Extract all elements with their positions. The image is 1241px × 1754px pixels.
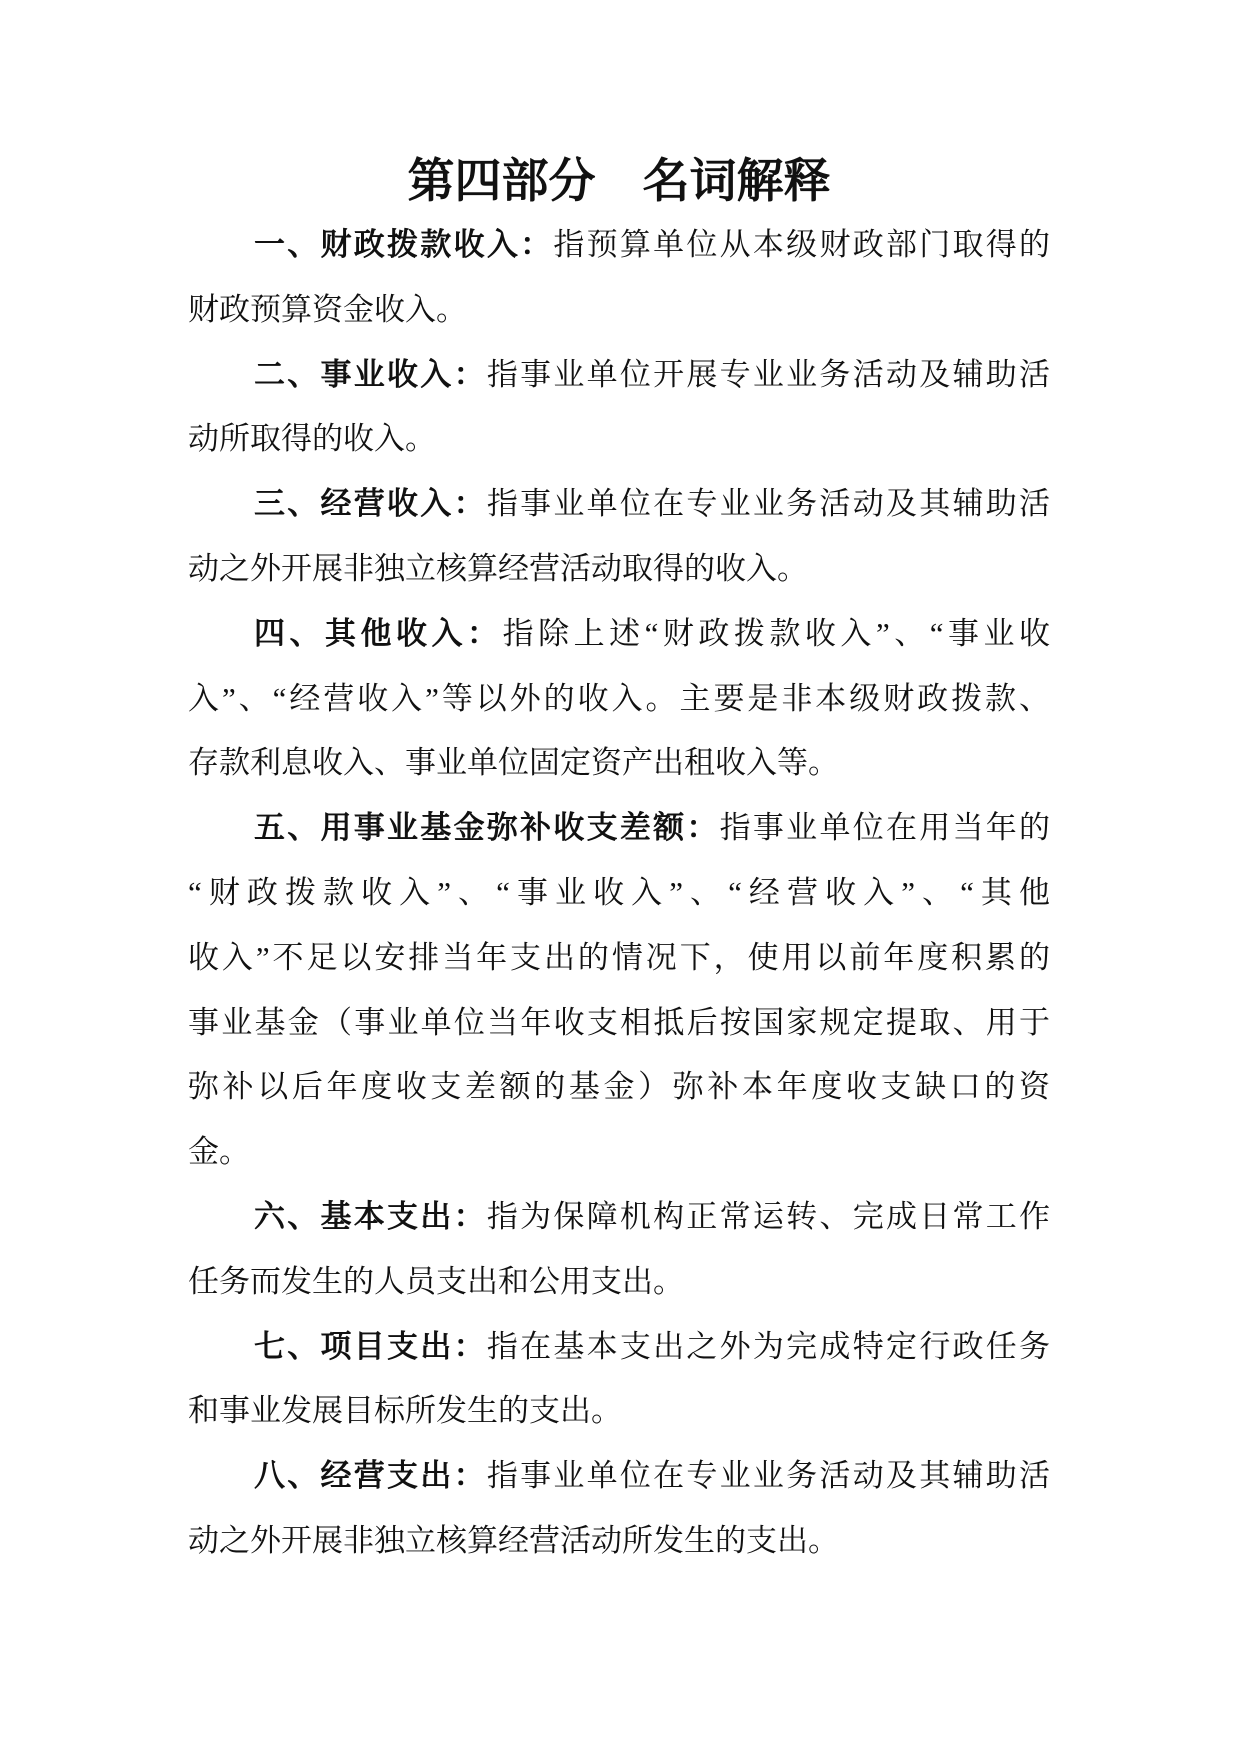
glossary-entry-2: 二、事业收入：指事业单位开展专业业务活动及辅助活动所取得的收入。 (188, 343, 1050, 473)
definition-text: 财政预算资金收入。 (188, 292, 467, 327)
glossary-entry-6: 六、基本支出：指为保障机构正常运转、完成日常工作任务而发生的人员支出和公用支出。 (188, 1185, 1050, 1315)
definition-text: 事业基金（事业单位当年收支相抵后按国家规定提取、用于 (188, 1005, 1050, 1040)
definition-text: 指在基本支出之外为完成特定行政任务 (487, 1329, 1050, 1364)
definition-text: “财政拨款收入”、“事业收入”、“经营收入”、“其他 (188, 875, 1050, 910)
glossary-entry-1: 一、财政拨款收入：指预算单位从本级财政部门取得的财政预算资金收入。 (188, 213, 1050, 343)
text-line: 存款利息收入、事业单位固定资产出租收入等。 (188, 731, 1050, 796)
definition-text: 收入”不足以安排当年支出的情况下，使用以前年度积累的 (188, 940, 1050, 975)
definition-text: 任务而发生的人员支出和公用支出。 (188, 1264, 684, 1299)
text-line: 一、财政拨款收入：指预算单位从本级财政部门取得的 (188, 213, 1050, 278)
definition-text: 指事业单位在专业业务活动及其辅助活 (487, 486, 1050, 521)
term-label: 四、其他收入： (254, 616, 503, 651)
definition-text: 动之外开展非独立核算经营活动所发生的支出。 (188, 1523, 839, 1558)
glossary-entry-5: 五、用事业基金弥补收支差额：指事业单位在用当年的“财政拨款收入”、“事业收入”、… (188, 796, 1050, 1185)
definition-text: 指事业单位在用当年的 (720, 810, 1050, 845)
glossary-entry-3: 三、经营收入：指事业单位在专业业务活动及其辅助活动之外开展非独立核算经营活动取得… (188, 472, 1050, 602)
text-line: 动所取得的收入。 (188, 407, 1050, 472)
text-line: 四、其他收入：指除上述“财政拨款收入”、“事业收 (188, 602, 1050, 667)
definition-text: 存款利息收入、事业单位固定资产出租收入等。 (188, 745, 839, 780)
document-body: 一、财政拨款收入：指预算单位从本级财政部门取得的财政预算资金收入。二、事业收入：… (188, 213, 1050, 1574)
text-line: 二、事业收入：指事业单位开展专业业务活动及辅助活 (188, 343, 1050, 408)
definition-text: 指预算单位从本级财政部门取得的 (553, 227, 1050, 262)
glossary-entry-8: 八、经营支出：指事业单位在专业业务活动及其辅助活动之外开展非独立核算经营活动所发… (188, 1444, 1050, 1574)
term-label: 七、项目支出： (254, 1329, 487, 1364)
text-line: 任务而发生的人员支出和公用支出。 (188, 1250, 1050, 1315)
text-line: 和事业发展目标所发生的支出。 (188, 1379, 1050, 1444)
term-label: 八、经营支出： (254, 1458, 487, 1493)
glossary-entry-4: 四、其他收入：指除上述“财政拨款收入”、“事业收入”、“经营收入”等以外的收入。… (188, 602, 1050, 796)
definition-text: 动所取得的收入。 (188, 421, 436, 456)
text-line: 动之外开展非独立核算经营活动取得的收入。 (188, 537, 1050, 602)
term-label: 二、事业收入： (254, 357, 487, 392)
definition-text: 指除上述“财政拨款收入”、“事业收 (503, 616, 1050, 651)
text-line: 财政预算资金收入。 (188, 278, 1050, 343)
document-page: 第四部分 名词解释 一、财政拨款收入：指预算单位从本级财政部门取得的财政预算资金… (0, 0, 1241, 1754)
text-line: 八、经营支出：指事业单位在专业业务活动及其辅助活 (188, 1444, 1050, 1509)
text-line: “财政拨款收入”、“事业收入”、“经营收入”、“其他 (188, 861, 1050, 926)
definition-text: 弥补以后年度收支差额的基金）弥补本年度收支缺口的资 (188, 1069, 1050, 1104)
text-line: 弥补以后年度收支差额的基金）弥补本年度收支缺口的资 (188, 1055, 1050, 1120)
definition-text: 和事业发展目标所发生的支出。 (188, 1393, 622, 1428)
text-line: 七、项目支出：指在基本支出之外为完成特定行政任务 (188, 1315, 1050, 1380)
definition-text: 动之外开展非独立核算经营活动取得的收入。 (188, 551, 808, 586)
text-line: 三、经营收入：指事业单位在专业业务活动及其辅助活 (188, 472, 1050, 537)
term-label: 一、财政拨款收入： (254, 227, 553, 262)
term-label: 六、基本支出： (254, 1199, 487, 1234)
definition-text: 指为保障机构正常运转、完成日常工作 (487, 1199, 1050, 1234)
definition-text: 指事业单位在专业业务活动及其辅助活 (487, 1458, 1050, 1493)
text-line: 五、用事业基金弥补收支差额：指事业单位在用当年的 (188, 796, 1050, 861)
page-content: 第四部分 名词解释 一、财政拨款收入：指预算单位从本级财政部门取得的财政预算资金… (188, 149, 1050, 1574)
text-line: 六、基本支出：指为保障机构正常运转、完成日常工作 (188, 1185, 1050, 1250)
definition-text: 入”、“经营收入”等以外的收入。主要是非本级财政拨款、 (188, 681, 1050, 716)
term-label: 三、经营收入： (254, 486, 487, 521)
definition-text: 金。 (188, 1134, 250, 1169)
text-line: 动之外开展非独立核算经营活动所发生的支出。 (188, 1509, 1050, 1574)
definition-text: 指事业单位开展专业业务活动及辅助活 (487, 357, 1050, 392)
term-label: 五、用事业基金弥补收支差额： (254, 810, 720, 845)
text-line: 事业基金（事业单位当年收支相抵后按国家规定提取、用于 (188, 991, 1050, 1056)
text-line: 金。 (188, 1120, 1050, 1185)
glossary-entry-7: 七、项目支出：指在基本支出之外为完成特定行政任务和事业发展目标所发生的支出。 (188, 1315, 1050, 1445)
text-line: 入”、“经营收入”等以外的收入。主要是非本级财政拨款、 (188, 667, 1050, 732)
page-title: 第四部分 名词解释 (188, 149, 1050, 213)
text-line: 收入”不足以安排当年支出的情况下，使用以前年度积累的 (188, 926, 1050, 991)
